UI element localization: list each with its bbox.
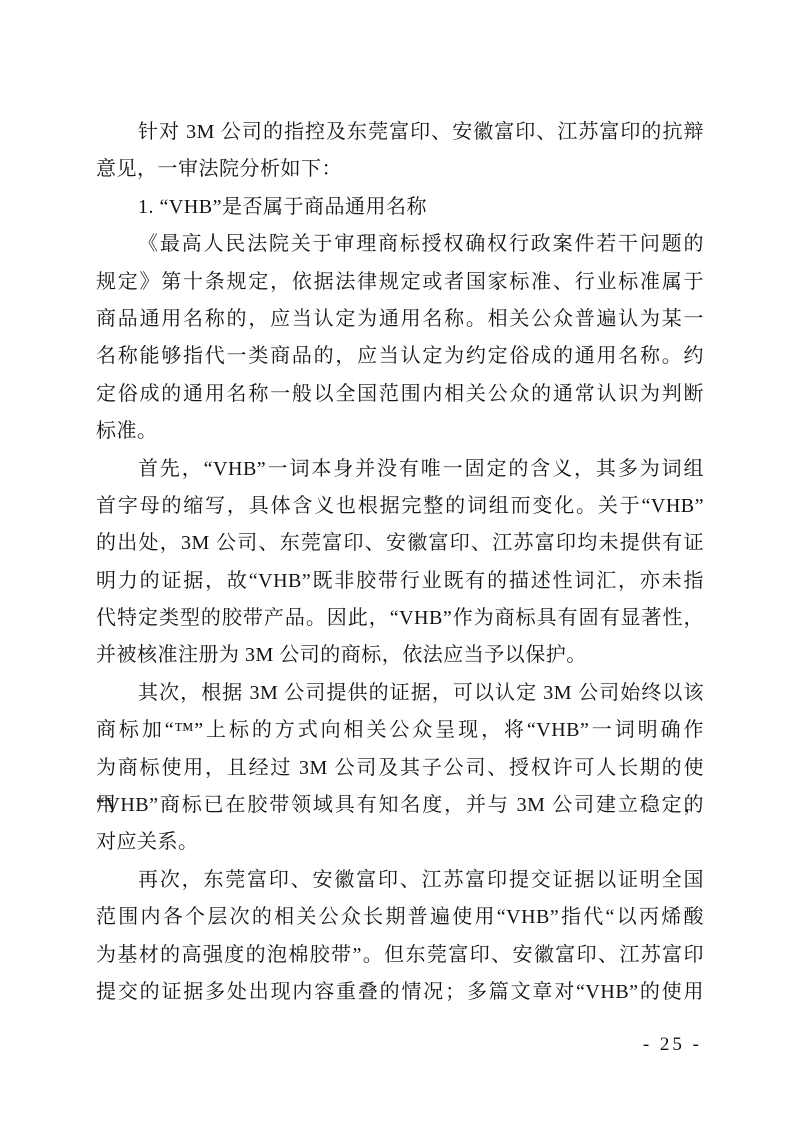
text-line: 首先，“VHB”一词本身并没有唯一固定的含义，其多为词组 [96, 451, 704, 488]
text-line: 意见，一审法院分析如下： [96, 151, 704, 188]
text-line: 其次，根据 3M 公司提供的证据，可以认定 3M 公司始终以该 [96, 675, 704, 712]
text-line: 提交的证据多处出现内容重叠的情况；多篇文章对“VHB”的使用 [96, 974, 704, 1011]
text-line: 对应关系。 [96, 824, 704, 861]
section-heading: 1. “VHB”是否属于商品通用名称 [96, 189, 704, 226]
text-line: 为商标使用，且经过 3M 公司及其子公司、授权许可人长期的使用， [96, 750, 704, 787]
text-line: 名称能够指代一类商品的，应当认定为约定俗成的通用名称。约 [96, 338, 704, 375]
document-page: { "document": { "lines": [ "针对 3M 公司的指控及… [0, 0, 794, 1123]
text-line: 标准。 [96, 413, 704, 450]
text-line: 并被核准注册为 3M 公司的商标，依法应当予以保护。 [96, 637, 704, 674]
text-line: 为基材的高强度的泡棉胶带”。但东莞富印、安徽富印、江苏富印 [96, 937, 704, 974]
text-line: 商品通用名称的，应当认定为通用名称。相关公众普遍认为某一 [96, 301, 704, 338]
text-line: 定俗成的通用名称一般以全国范围内相关公众的通常认识为判断 [96, 376, 704, 413]
page-number: - 25 - [643, 1034, 702, 1056]
text-line: 针对 3M 公司的指控及东莞富印、安徽富印、江苏富印的抗辩 [96, 114, 704, 151]
text-line: 商标加“™”上标的方式向相关公众呈现，将“VHB”一词明确作 [96, 712, 704, 749]
text-line: 规定》第十条规定，依据法律规定或者国家标准、行业标准属于 [96, 264, 704, 301]
text-line: 明力的证据，故“VHB”既非胶带行业既有的描述性词汇，亦未指 [96, 563, 704, 600]
text-line: 再次，东莞富印、安徽富印、江苏富印提交证据以证明全国 [96, 862, 704, 899]
text-line: “VHB”商标已在胶带领域具有知名度，并与 3M 公司建立稳定的 [96, 787, 704, 824]
text-line: 的出处，3M 公司、东莞富印、安徽富印、江苏富印均未提供有证 [96, 525, 704, 562]
document-body: 针对 3M 公司的指控及东莞富印、安徽富印、江苏富印的抗辩 意见，一审法院分析如… [96, 114, 704, 1011]
text-line: 首字母的缩写，具体含义也根据完整的词组而变化。关于“VHB” [96, 488, 704, 525]
text-line: 代特定类型的胶带产品。因此，“VHB”作为商标具有固有显著性， [96, 600, 704, 637]
text-line: 范围内各个层次的相关公众长期普遍使用“VHB”指代“以丙烯酸 [96, 899, 704, 936]
text-line: 《最高人民法院关于审理商标授权确权行政案件若干问题的 [96, 226, 704, 263]
